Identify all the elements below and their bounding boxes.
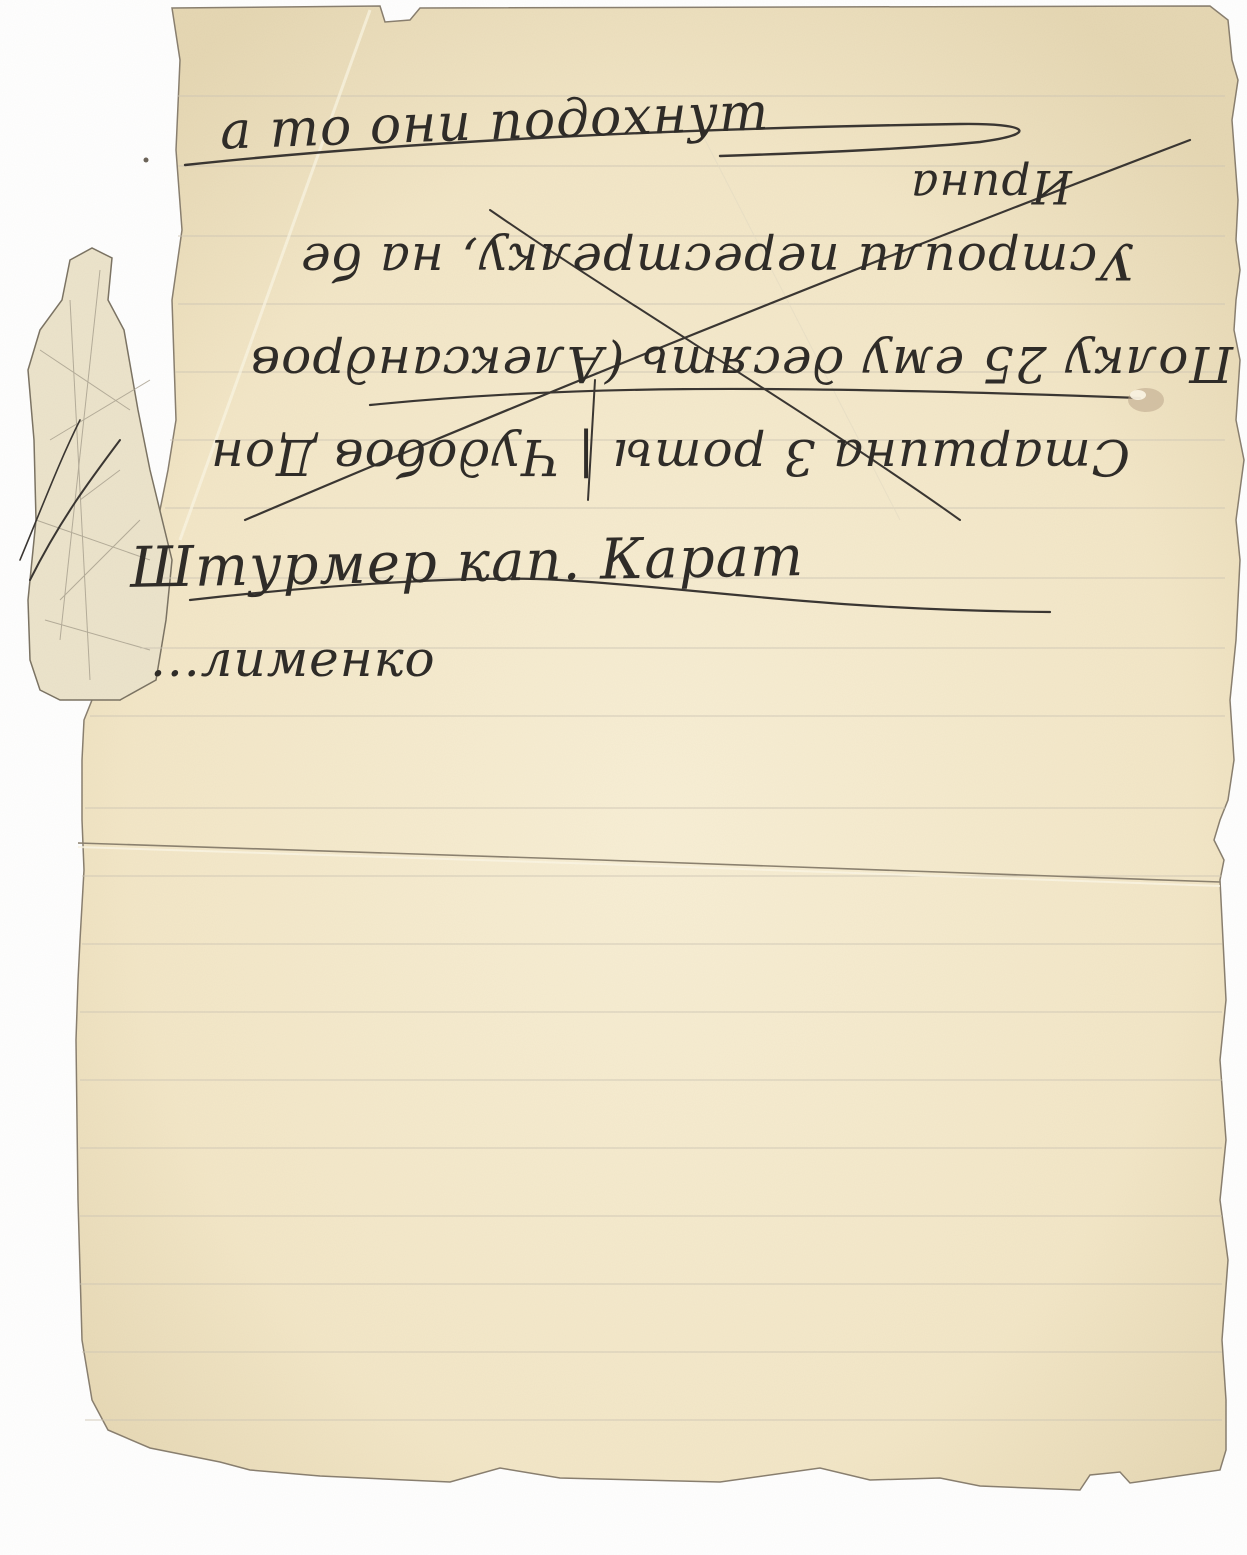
handwriting-upside-down-line-d: Старшина 3 роты | Чудобов Дон (210, 428, 1130, 486)
handwriting-last-line: ...лименко (150, 630, 436, 688)
handwriting-upside-down-line-c: Полку 25 ему десять (Александров (250, 335, 1233, 393)
handwriting-upside-down-line-a: Ирина (910, 160, 1072, 214)
handwriting-signature-line: Штурмер кап. Карат (129, 524, 804, 601)
handwriting-upside-down-line-b: Устроили перестрелку, на бе (300, 232, 1134, 290)
